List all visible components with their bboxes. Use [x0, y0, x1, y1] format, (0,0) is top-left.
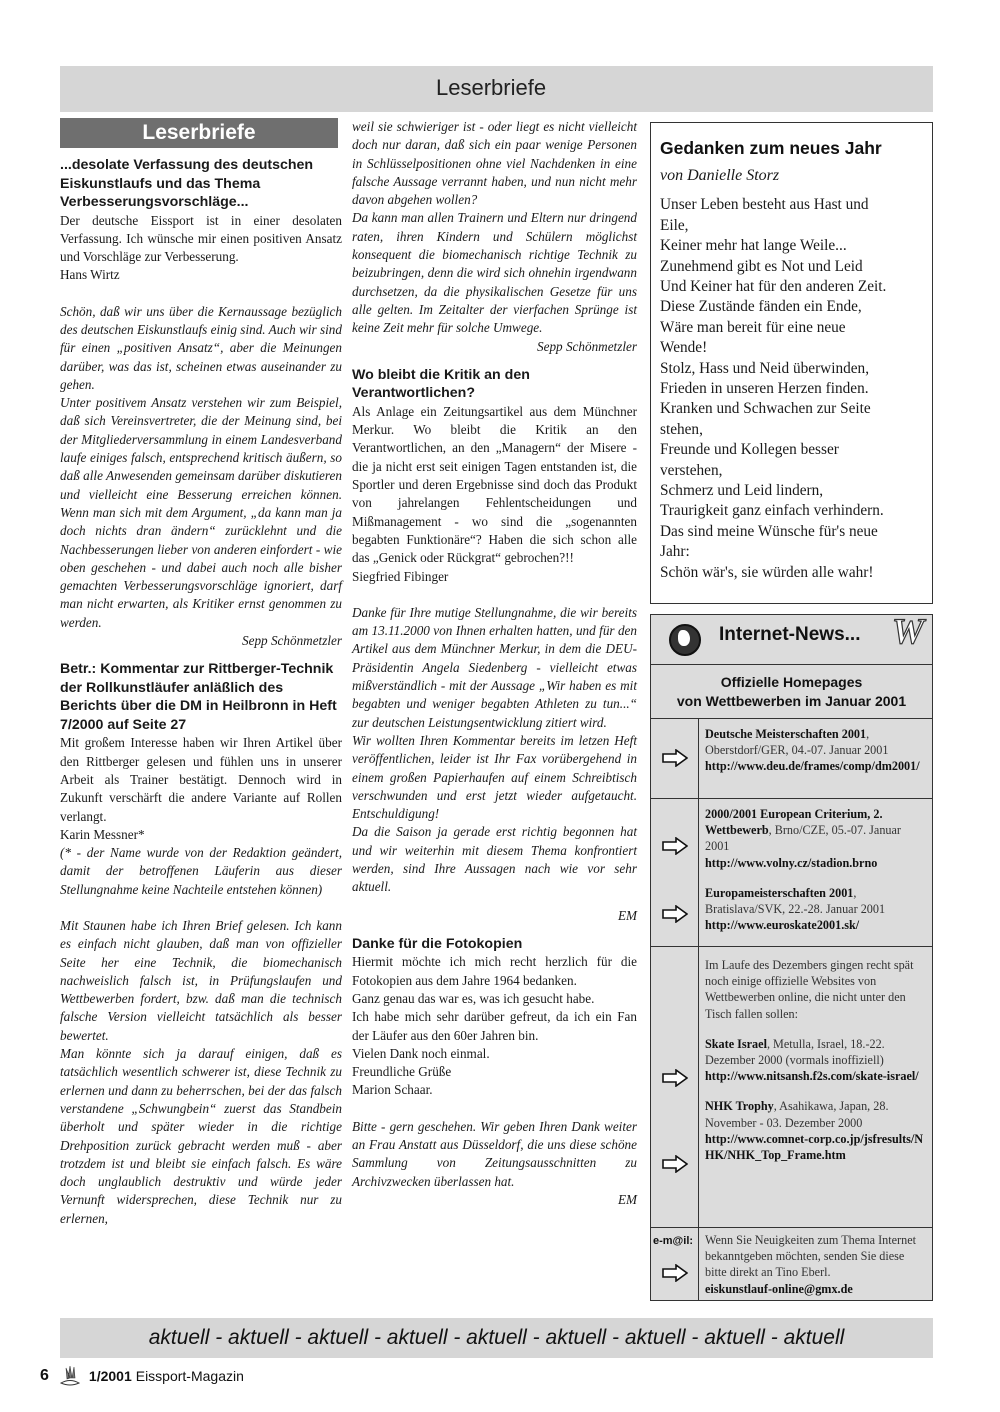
editor-reply: Bitte - gern geschehen. Wir geben Ihren … [352, 1118, 637, 1191]
arrow-right-icon [662, 749, 688, 767]
icon-cell [651, 799, 699, 946]
reply-signature: Sepp Schönmetzler [60, 632, 342, 650]
internet-news-title: Internet-News... [719, 626, 860, 644]
left-column: Leserbriefe ...desolate Verfassung des d… [60, 118, 342, 1228]
poem-box: Gedanken zum neues Jahr von Danielle Sto… [650, 122, 933, 604]
poem-line: Und Keiner hat für den anderen Zeit. [660, 277, 922, 297]
letter-footnote: (* - der Name wurde von der Redaktion ge… [60, 844, 342, 899]
letter-body: Als Anlage ein Zeitungsartikel aus dem M… [352, 403, 637, 568]
page-header-banner: Leserbriefe [60, 66, 933, 112]
news-entry: Deutsche Meisterschaften 2001, Oberstdor… [699, 719, 932, 798]
icon-cell [651, 947, 699, 1227]
section-label-text: Leserbriefe [142, 121, 255, 144]
editor-reply: Danke für Ihre mutige Stellungnahme, die… [352, 604, 637, 732]
letter-title: Betr.: Kommentar zur Rittberger-Technik … [60, 660, 342, 734]
poem-line: Kranken und Schwachen zur Seite [660, 399, 922, 419]
subtitle-line: von Wettbewerben im Januar 2001 [651, 692, 932, 711]
editor-reply: Man könnte sich ja darauf einigen, daß e… [60, 1045, 342, 1228]
letter-author: Karin Messner* [60, 826, 342, 844]
arrow-right-icon [662, 837, 688, 855]
w-logo-icon: W [892, 622, 924, 640]
poem-author: von Danielle Storz [660, 167, 922, 185]
poem-line: stehen, [660, 420, 922, 440]
issue-number: 1/2001 [89, 1368, 132, 1384]
page-header-title: Leserbriefe [436, 75, 546, 101]
bottom-banner-text: aktuell - aktuell - aktuell - aktuell - … [149, 1326, 845, 1349]
middle-column: weil sie schwieriger ist - oder liegt es… [352, 118, 637, 1209]
bottom-banner: aktuell - aktuell - aktuell - aktuell - … [60, 1318, 933, 1358]
arrow-right-icon [662, 905, 688, 923]
news-entries: 2000/2001 European Criterium, 2. Wettbew… [699, 799, 932, 946]
entry-url-link[interactable]: http://www.comnet-corp.co.jp/jsfresults/… [705, 1132, 923, 1162]
poem-line: Schön wär's, sie würden alle wahr! [660, 563, 922, 583]
editor-reply: Da kann man allen Trainern und Eltern nu… [352, 209, 637, 337]
letter-title: ...desolate Verfassung des deutschen Eis… [60, 156, 342, 212]
reply-signature: EM [352, 1191, 637, 1209]
letter-body: Mit großem Interesse haben wir Ihren Art… [60, 734, 342, 825]
poem-line: Freunde und Kollegen besser [660, 440, 922, 460]
letter-line: Ich habe mich sehr darüber gefreut, da i… [352, 1008, 637, 1045]
poem-line: Jahr: [660, 542, 922, 562]
letter-line: Vielen Dank noch einmal. [352, 1045, 637, 1063]
icon-cell: e-m@il: [651, 1228, 699, 1300]
poem-line: Frieden in unseren Herzen finden. [660, 379, 922, 399]
editor-reply: Wir wollten Ihren Kommentar bereits im l… [352, 732, 637, 823]
news-row: Im Laufe des Dezembers gingen recht spät… [651, 947, 932, 1228]
editor-reply: Unter positivem Ansatz verstehen wir zum… [60, 394, 342, 632]
poem-line: Das sind meine Wünsche für's neue [660, 522, 922, 542]
letter-title: Wo bleibt die Kritik an den Verantwortli… [352, 366, 637, 403]
entry-name: NHK Trophy [705, 1099, 774, 1113]
editor-reply: weil sie schwieriger ist - oder liegt es… [352, 118, 637, 209]
letter-line: Freundliche Grüße [352, 1063, 637, 1081]
poem-line: Diese Zustände fänden ein Ende, [660, 297, 922, 317]
poem-line: Schmerz und Leid lindern, [660, 481, 922, 501]
letter-title: Danke für die Fotokopien [352, 935, 637, 954]
email-address-link[interactable]: eiskunstlauf-online@gmx.de [705, 1282, 853, 1296]
entry-name: Europameisterschaften 2001 [705, 886, 853, 900]
news-entry: Europameisterschaften 2001, Bratislava/S… [705, 885, 926, 934]
arrow-right-icon [662, 1155, 688, 1173]
icon-cell [651, 719, 699, 798]
subtitle-line: Offizielle Homepages [651, 673, 932, 692]
letter-author: Hans Wirtz [60, 266, 342, 284]
poem-line: Wäre man bereit für eine neue [660, 318, 922, 338]
poem-line: verstehen, [660, 461, 922, 481]
entry-url-link[interactable]: http://www.euroskate2001.sk/ [705, 918, 859, 932]
news-row: Deutsche Meisterschaften 2001, Oberstdor… [651, 719, 932, 799]
editor-reply: Da die Saison ja gerade erst richtig beg… [352, 823, 637, 896]
poem-line: Keiner mehr hat lange Weile... [660, 236, 922, 256]
entry-url-link[interactable]: http://www.volny.cz/stadion.brno [705, 856, 877, 870]
news-row: e-m@il: Wenn Sie Neuigkeiten zum Thema I… [651, 1228, 932, 1300]
internet-news-subtitle: Offizielle Homepages von Wettbewerben im… [651, 665, 932, 719]
poem-line: Unser Leben besteht aus Hast und [660, 195, 922, 215]
entry-name: Skate Israel [705, 1037, 767, 1051]
news-entries: Im Laufe des Dezembers gingen recht spät… [699, 947, 932, 1227]
page-number: 6 [40, 1367, 49, 1385]
letter-body: Der deutsche Eissport ist in einer desol… [60, 212, 342, 267]
poem-line: Stolz, Hass und Neid überwinden, [660, 359, 922, 379]
reply-signature: Sepp Schönmetzler [352, 338, 637, 356]
email-text: Wenn Sie Neuigkeiten zum Thema Internet … [705, 1233, 916, 1279]
arrow-right-icon [662, 1069, 688, 1087]
entry-url-link[interactable]: http://www.deu.de/frames/comp/dm2001/ [705, 759, 920, 773]
poem-line: Zunehmend gibt es Not und Leid [660, 257, 922, 277]
magazine-logo-icon [57, 1364, 83, 1388]
poem-line: Wende! [660, 338, 922, 358]
letter-line: Hiermit möchte ich mich recht herzlich f… [352, 953, 637, 990]
section-label: Leserbriefe [60, 118, 338, 148]
letter-author: Marion Schaar. [352, 1081, 637, 1099]
letter-author: Siegfried Fibinger [352, 568, 637, 586]
email-info: Wenn Sie Neuigkeiten zum Thema Internet … [699, 1228, 932, 1300]
poem-line: Traurigkeit ganz einfach verhindern. [660, 501, 922, 521]
late-intro: Im Laufe des Dezembers gingen recht spät… [705, 957, 926, 1022]
news-entry: NHK Trophy, Asahikawa, Japan, 28. Novemb… [705, 1098, 926, 1163]
page-footer: 6 1/2001 Eissport-Magazin [40, 1364, 244, 1388]
letter-line: Ganz genau das war es, was ich gesucht h… [352, 990, 637, 1008]
reply-signature: EM [352, 907, 637, 925]
entry-name: Deutsche Meisterschaften 2001 [705, 727, 866, 741]
entry-url-link[interactable]: http://www.nitsansh.f2s.com/skate-israel… [705, 1069, 919, 1083]
internet-news-box: Internet-News... W Offizielle Homepages … [650, 614, 933, 1301]
news-entry: Skate Israel, Metulla, Israel, 18.-22. D… [705, 1036, 926, 1085]
poem-line: Eile, [660, 216, 922, 236]
arrow-right-icon [662, 1264, 688, 1282]
editor-reply: Mit Staunen habe ich Ihren Brief gelesen… [60, 917, 342, 1045]
internet-news-header: Internet-News... W [651, 615, 932, 665]
right-column: Gedanken zum neues Jahr von Danielle Sto… [650, 122, 933, 1301]
editor-reply: Schön, daß wir uns über die Kernaussage … [60, 303, 342, 394]
globe-icon [669, 624, 701, 656]
news-entry: 2000/2001 European Criterium, 2. Wettbew… [705, 806, 926, 871]
email-label: e-m@il: [653, 1232, 693, 1250]
poem-title: Gedanken zum neues Jahr [660, 137, 922, 159]
magazine-name: Eissport-Magazin [136, 1368, 244, 1384]
news-row: 2000/2001 European Criterium, 2. Wettbew… [651, 799, 932, 947]
